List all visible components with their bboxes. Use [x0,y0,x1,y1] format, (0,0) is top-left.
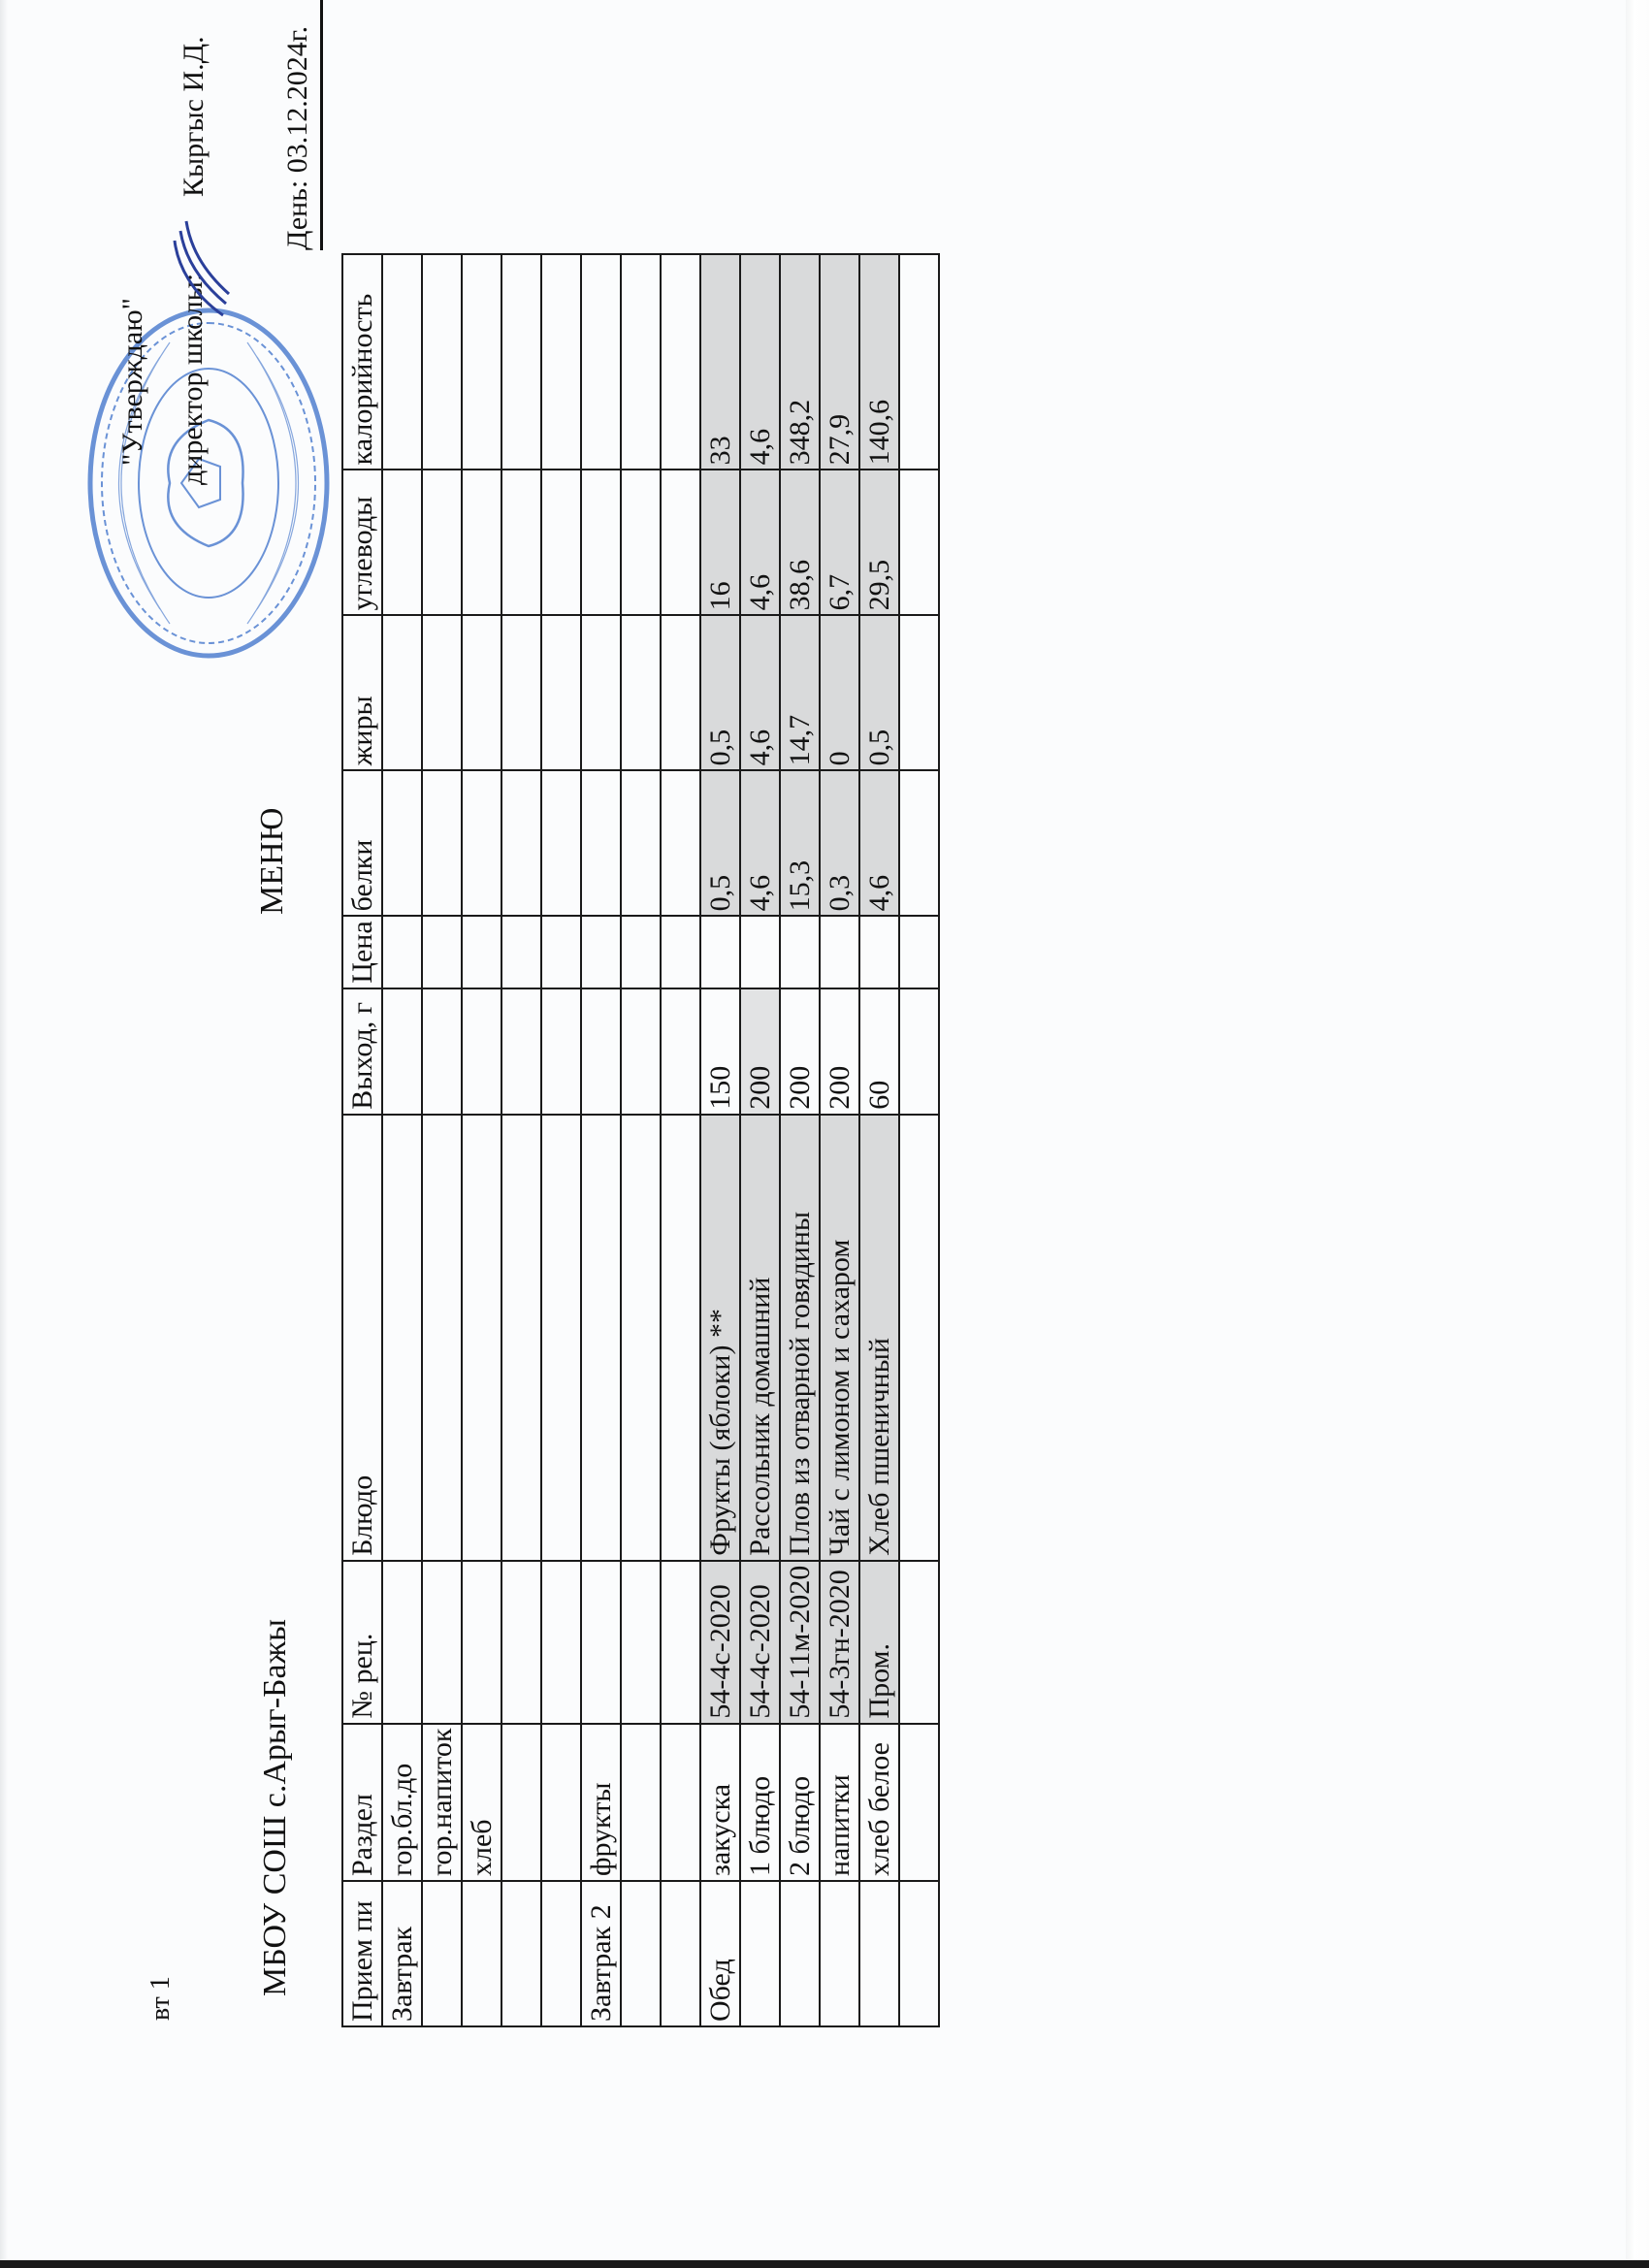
header-recipe: № рец. [342,1561,382,1724]
cell-dish [581,1115,621,1561]
cell-yield [541,988,581,1115]
cell-section: гор.напиток [422,1724,462,1881]
cell-price [661,916,700,988]
header-price: Цена [342,916,382,988]
school-name: МБОУ СОШ с.Арыг-Бажы [257,1619,294,1996]
cell-kcal [581,254,621,470]
cell-protein [462,770,501,916]
cell-carbs: 6,7 [820,470,859,615]
cell-section [899,1724,939,1881]
cell-protein [382,770,422,916]
cell-carbs [541,470,581,615]
cell-fat [541,615,581,770]
cell-carbs [422,470,462,615]
cell-protein: 0,5 [700,770,740,916]
cell-kcal [382,254,422,470]
cell-kcal: 140,6 [859,254,899,470]
table-row: хлеб [462,254,501,2026]
cell-kcal [661,254,700,470]
cell-carbs: 38,6 [780,470,820,615]
table-row [899,254,939,2026]
cell-fat: 0 [820,615,859,770]
cell-fat: 0,5 [700,615,740,770]
cell-meal [462,1881,501,2026]
table-row: хлеб белоеПром.Хлеб пшеничный604,60,529,… [859,254,899,2026]
corner-label: вт 1 [145,1976,177,2021]
cell-meal: Завтрак 2 [581,1881,621,2026]
cell-protein: 4,6 [859,770,899,916]
cell-recipe [541,1561,581,1724]
cell-carbs [899,470,939,615]
cell-section: закуска [700,1724,740,1881]
cell-protein [501,770,541,916]
cell-yield: 200 [820,988,859,1115]
cell-section: напитки [820,1724,859,1881]
cell-protein [541,770,581,916]
cell-yield [581,988,621,1115]
table-row: Завтрак 2фрукты [581,254,621,2026]
cell-dish [462,1115,501,1561]
cell-fat [501,615,541,770]
cell-meal [541,1881,581,2026]
cell-meal [740,1881,780,2026]
cell-yield: 60 [859,988,899,1115]
cell-dish: Хлеб пшеничный [859,1115,899,1561]
cell-protein [581,770,621,916]
cell-meal [501,1881,541,2026]
header-protein: белки [342,770,382,916]
cell-kcal [501,254,541,470]
cell-recipe [501,1561,541,1724]
cell-kcal [462,254,501,470]
cell-meal: Обед [700,1881,740,2026]
cell-fat [422,615,462,770]
header-meal: Прием пи [342,1881,382,2026]
cell-dish: Плов из отварной говядины [780,1115,820,1561]
cell-recipe [621,1561,661,1724]
cell-dish: Рассольник домашний [740,1115,780,1561]
cell-dish [541,1115,581,1561]
cell-recipe [581,1561,621,1724]
cell-dish [501,1115,541,1561]
cell-dish [899,1115,939,1561]
header-carbs: углеводы [342,470,382,615]
header-section: Раздел [342,1724,382,1881]
cell-section: 2 блюдо [780,1724,820,1881]
cell-protein [422,770,462,916]
cell-meal [661,1881,700,2026]
cell-yield [422,988,462,1115]
cell-recipe: 54-3гн-2020 [820,1561,859,1724]
cell-recipe [899,1561,939,1724]
cell-section: хлеб [462,1724,501,1881]
cell-kcal: 33 [700,254,740,470]
cell-protein [899,770,939,916]
table-row: 1 блюдо54-4с-2020Рассольник домашний2004… [740,254,780,2026]
cell-fat: 0,5 [859,615,899,770]
cell-section: гор.бл.до [382,1724,422,1881]
cell-fat [462,615,501,770]
menu-table: Прием пи Раздел № рец. Блюдо Выход, г Це… [341,253,940,2027]
cell-yield [661,988,700,1115]
table-header-row: Прием пи Раздел № рец. Блюдо Выход, г Це… [342,254,382,2026]
director-name: Кыргыс И.Д. [178,36,210,197]
cell-kcal: 27,9 [820,254,859,470]
cell-recipe [422,1561,462,1724]
cell-section [621,1724,661,1881]
cell-section: хлеб белое [859,1724,899,1881]
signature-icon [173,216,231,323]
cell-price [899,916,939,988]
table-row [541,254,581,2026]
cell-recipe [661,1561,700,1724]
cell-carbs [581,470,621,615]
cell-carbs [621,470,661,615]
cell-price [382,916,422,988]
cell-price [740,916,780,988]
cell-carbs [462,470,501,615]
rotated-menu-sheet: вт 1 МБОУ СОШ с.Арыг-Бажы МЕНЮ "Утвержда… [0,0,1649,2268]
cell-carbs: 16 [700,470,740,615]
cell-kcal: 348,2 [780,254,820,470]
cell-dish: Чай с лимоном и сахаром [820,1115,859,1561]
cell-dish [382,1115,422,1561]
cell-fat [581,615,621,770]
cell-meal [780,1881,820,2026]
page-title: МЕНЮ [254,808,291,916]
cell-kcal [422,254,462,470]
approval-label: "Утверждаю" [116,298,149,466]
table-body: Завтракгор.бл.догор.напитокхлебЗавтрак 2… [382,254,939,2026]
table-row: гор.напиток [422,254,462,2026]
cell-price [820,916,859,988]
date-box-border [299,0,338,328]
cell-yield [501,988,541,1115]
cell-meal [899,1881,939,2026]
cell-dish [661,1115,700,1561]
cell-yield: 200 [740,988,780,1115]
cell-recipe [382,1561,422,1724]
cell-price [541,916,581,988]
cell-price [859,916,899,988]
cell-carbs [661,470,700,615]
cell-fat [899,615,939,770]
cell-yield [382,988,422,1115]
cell-recipe: Пром. [859,1561,899,1724]
cell-recipe [462,1561,501,1724]
cell-recipe: 54-11м-2020 [780,1561,820,1724]
cell-kcal [899,254,939,470]
cell-price [621,916,661,988]
table-row: Обедзакуска54-4с-2020Фрукты (яблоки) **1… [700,254,740,2026]
cell-meal [621,1881,661,2026]
cell-price [700,916,740,988]
cell-dish: Фрукты (яблоки) ** [700,1115,740,1561]
cell-meal: Завтрак [382,1881,422,2026]
cell-section: 1 блюдо [740,1724,780,1881]
header-dish: Блюдо [342,1115,382,1561]
cell-yield: 200 [780,988,820,1115]
cell-dish [621,1115,661,1561]
header-kcal: калорийность [342,254,382,470]
cell-yield [462,988,501,1115]
cell-fat [382,615,422,770]
cell-section [541,1724,581,1881]
cell-protein [621,770,661,916]
cell-meal [422,1881,462,2026]
cell-fat [661,615,700,770]
cell-carbs [382,470,422,615]
cell-recipe: 54-4с-2020 [700,1561,740,1724]
cell-kcal [541,254,581,470]
cell-section: фрукты [581,1724,621,1881]
table-row: Завтракгор.бл.до [382,254,422,2026]
cell-protein: 4,6 [740,770,780,916]
cell-price [462,916,501,988]
cell-protein: 0,3 [820,770,859,916]
cell-protein: 15,3 [780,770,820,916]
cell-kcal: 4,6 [740,254,780,470]
cell-section [661,1724,700,1881]
cell-meal [859,1881,899,2026]
cell-section [501,1724,541,1881]
cell-yield [899,988,939,1115]
cell-price [581,916,621,988]
table-row: 2 блюдо54-11м-2020Плов из отварной говяд… [780,254,820,2026]
cell-protein [661,770,700,916]
cell-price [780,916,820,988]
table-row [501,254,541,2026]
header-yield: Выход, г [342,988,382,1115]
cell-yield: 150 [700,988,740,1115]
cell-fat: 4,6 [740,615,780,770]
cell-meal [820,1881,859,2026]
header-fat: жиры [342,615,382,770]
cell-fat: 14,7 [780,615,820,770]
table-row: напитки54-3гн-2020Чай с лимоном и сахаро… [820,254,859,2026]
cell-fat [621,615,661,770]
cell-dish [422,1115,462,1561]
cell-price [501,916,541,988]
cell-carbs: 4,6 [740,470,780,615]
cell-recipe: 54-4с-2020 [740,1561,780,1724]
table-row [661,254,700,2026]
table-row [621,254,661,2026]
cell-carbs [501,470,541,615]
cell-carbs: 29,5 [859,470,899,615]
cell-kcal [621,254,661,470]
cell-yield [621,988,661,1115]
cell-price [422,916,462,988]
